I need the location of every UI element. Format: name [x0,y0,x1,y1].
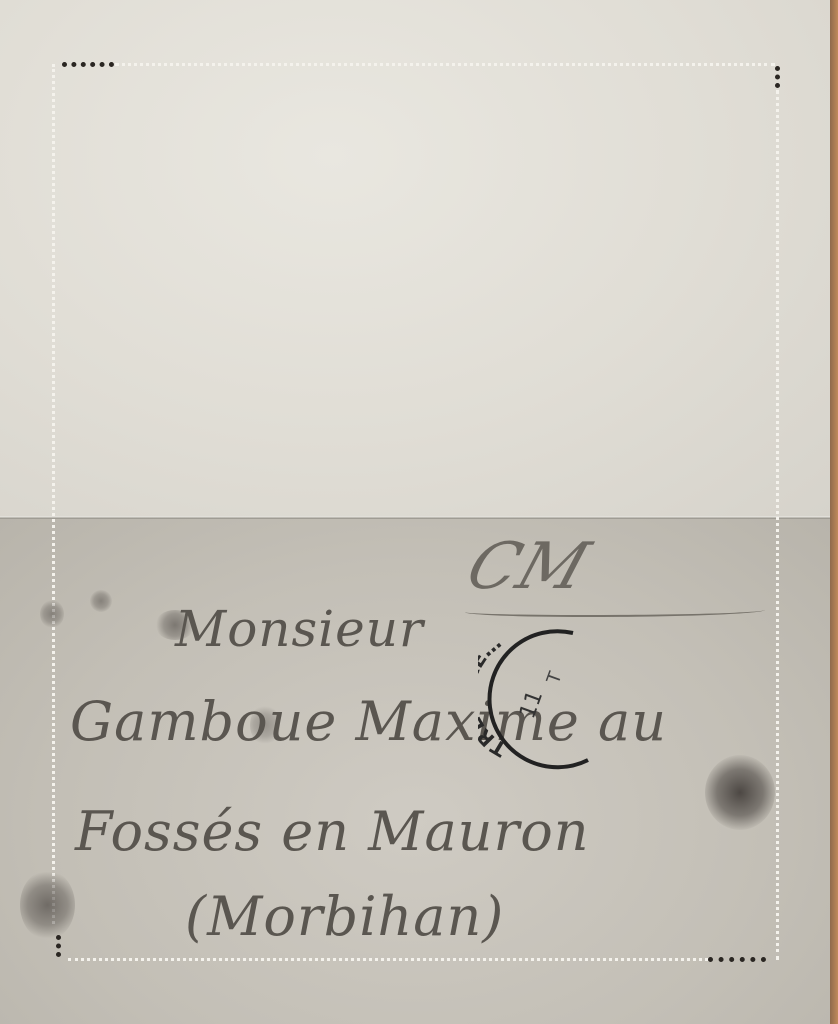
postmark-stamp: TRESORE… 11 T [478,625,628,775]
perforation-dark-bottom-right [708,957,766,962]
wood-surface-edge [830,0,838,1024]
postmark-date: 11 [515,687,548,722]
svg-text:T: T [543,668,567,687]
svg-text:TRESORE…: TRESORE… [478,630,510,762]
ink-stain [90,590,112,612]
ink-stain [40,600,64,628]
letter-card: CM Monsieur Gamboue Maxime au Fossés en … [0,0,830,1024]
perforation-top [115,63,775,66]
perforation-left [52,64,55,924]
ink-stain [705,755,775,830]
address-line-3: Fossés en Mauron [75,800,590,863]
ink-stain [20,870,75,940]
perforation-dark-top-right [775,66,780,88]
lower-address-panel [0,518,830,1024]
upper-flap [0,0,830,518]
address-line-4: (Morbihan) [185,885,504,948]
fold-line [0,516,830,519]
address-line-1: Monsieur [175,600,424,658]
perforation-bottom [68,958,708,961]
sender-initials: CM [458,530,599,604]
perforation-dark-bottom-left [56,935,61,957]
perforation-dark-top-left [62,62,114,67]
perforation-right [776,90,779,960]
postmark-town: TRESORE… [478,630,510,762]
